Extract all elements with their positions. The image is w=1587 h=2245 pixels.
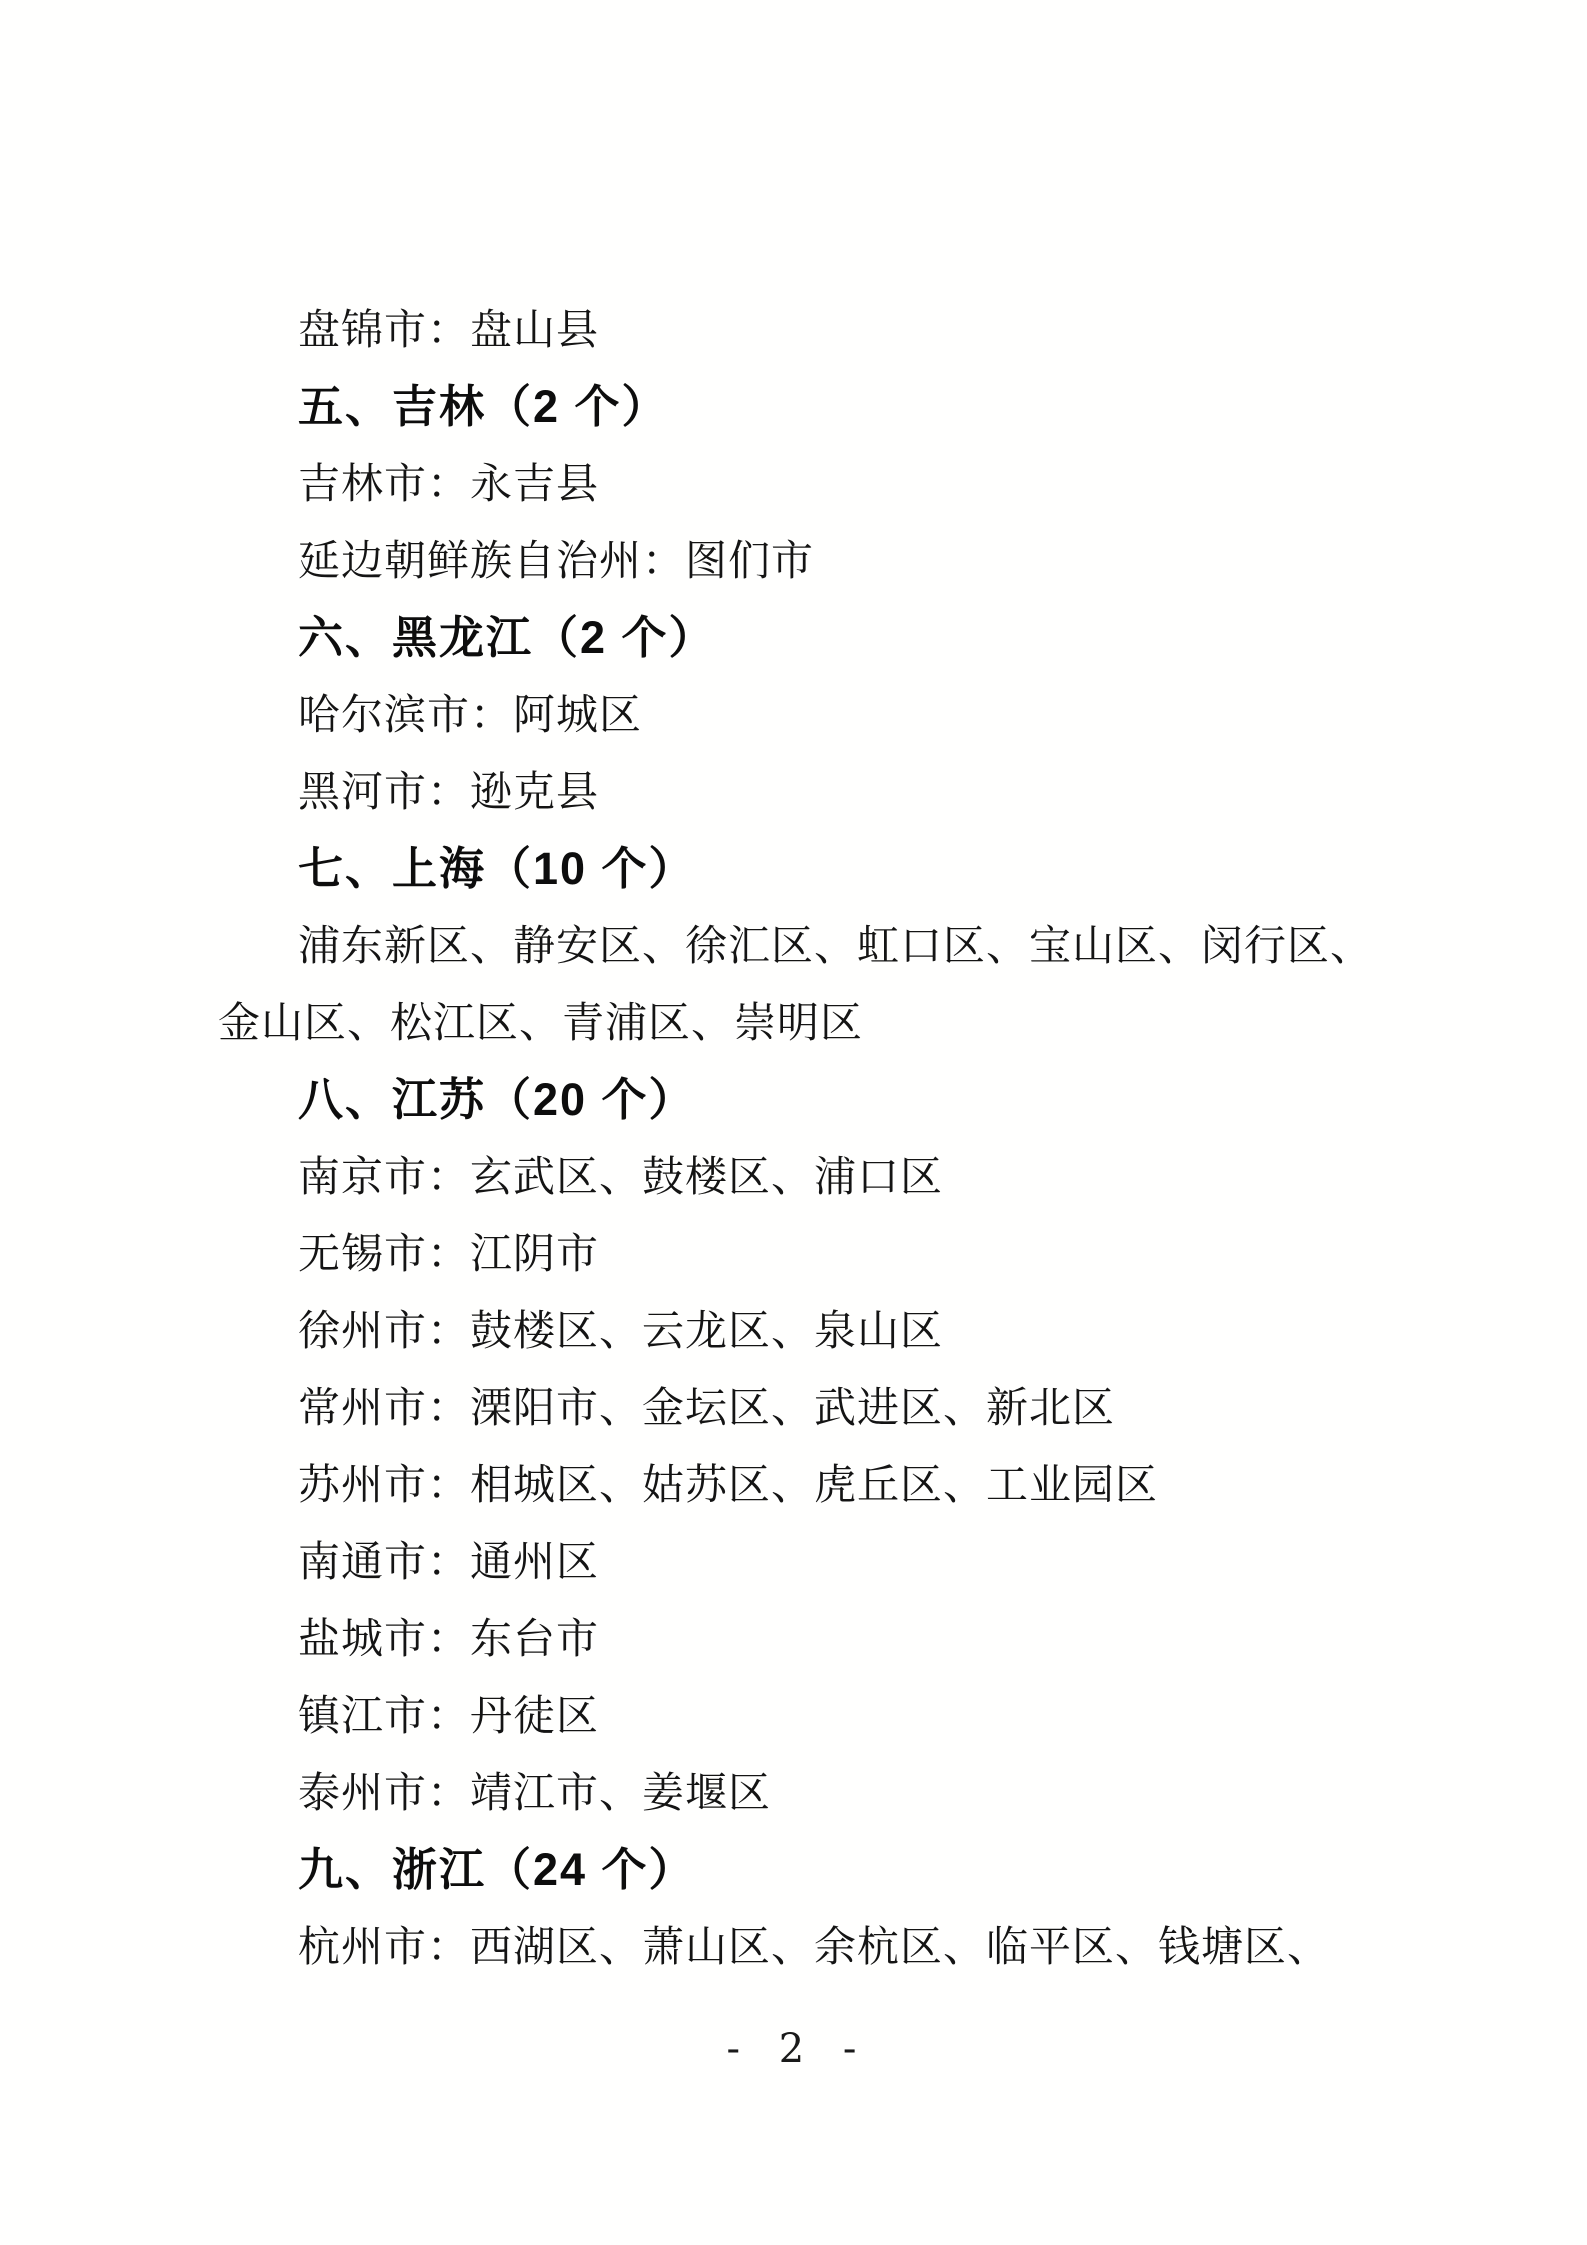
document-text-block: 盘锦市：盘山县五、吉林（2 个）吉林市：永吉县延边朝鲜族自治州：图们市六、黑龙江… (218, 291, 1408, 1985)
entry-line: 哈尔滨市：阿城区 (218, 676, 1408, 753)
entry-line: 镇江市：丹徒区 (218, 1677, 1408, 1754)
entry-line: 吉林市：永吉县 (218, 445, 1408, 522)
entry-line: 盘锦市：盘山县 (218, 291, 1408, 368)
entry-line: 延边朝鲜族自治州：图们市 (218, 522, 1408, 599)
entry-line: 常州市：溧阳市、金坛区、武进区、新北区 (218, 1369, 1408, 1446)
entry-line: 无锡市：江阴市 (218, 1215, 1408, 1292)
entry-line: 浦东新区、静安区、徐汇区、虹口区、宝山区、闵行区、 (218, 907, 1408, 984)
section-heading: 六、黑龙江（2 个） (218, 599, 1408, 676)
section-heading: 八、江苏（20 个） (218, 1061, 1408, 1138)
entry-line: 南京市：玄武区、鼓楼区、浦口区 (218, 1138, 1408, 1215)
entry-line: 黑河市：逊克县 (218, 753, 1408, 830)
entry-line: 苏州市：相城区、姑苏区、虎丘区、工业园区 (218, 1446, 1408, 1523)
section-heading: 五、吉林（2 个） (218, 368, 1408, 445)
entry-line: 泰州市：靖江市、姜堰区 (218, 1754, 1408, 1831)
entry-line: 金山区、松江区、青浦区、崇明区 (218, 984, 1408, 1061)
section-heading: 九、浙江（24 个） (218, 1831, 1408, 1908)
page-number: - 2 - (0, 2026, 1587, 2072)
document-page: 盘锦市：盘山县五、吉林（2 个）吉林市：永吉县延边朝鲜族自治州：图们市六、黑龙江… (0, 0, 1587, 2245)
entry-line: 杭州市：西湖区、萧山区、余杭区、临平区、钱塘区、 (218, 1908, 1408, 1985)
entry-line: 徐州市：鼓楼区、云龙区、泉山区 (218, 1292, 1408, 1369)
entry-line: 盐城市：东台市 (218, 1600, 1408, 1677)
section-heading: 七、上海（10 个） (218, 830, 1408, 907)
entry-line: 南通市：通州区 (218, 1523, 1408, 1600)
